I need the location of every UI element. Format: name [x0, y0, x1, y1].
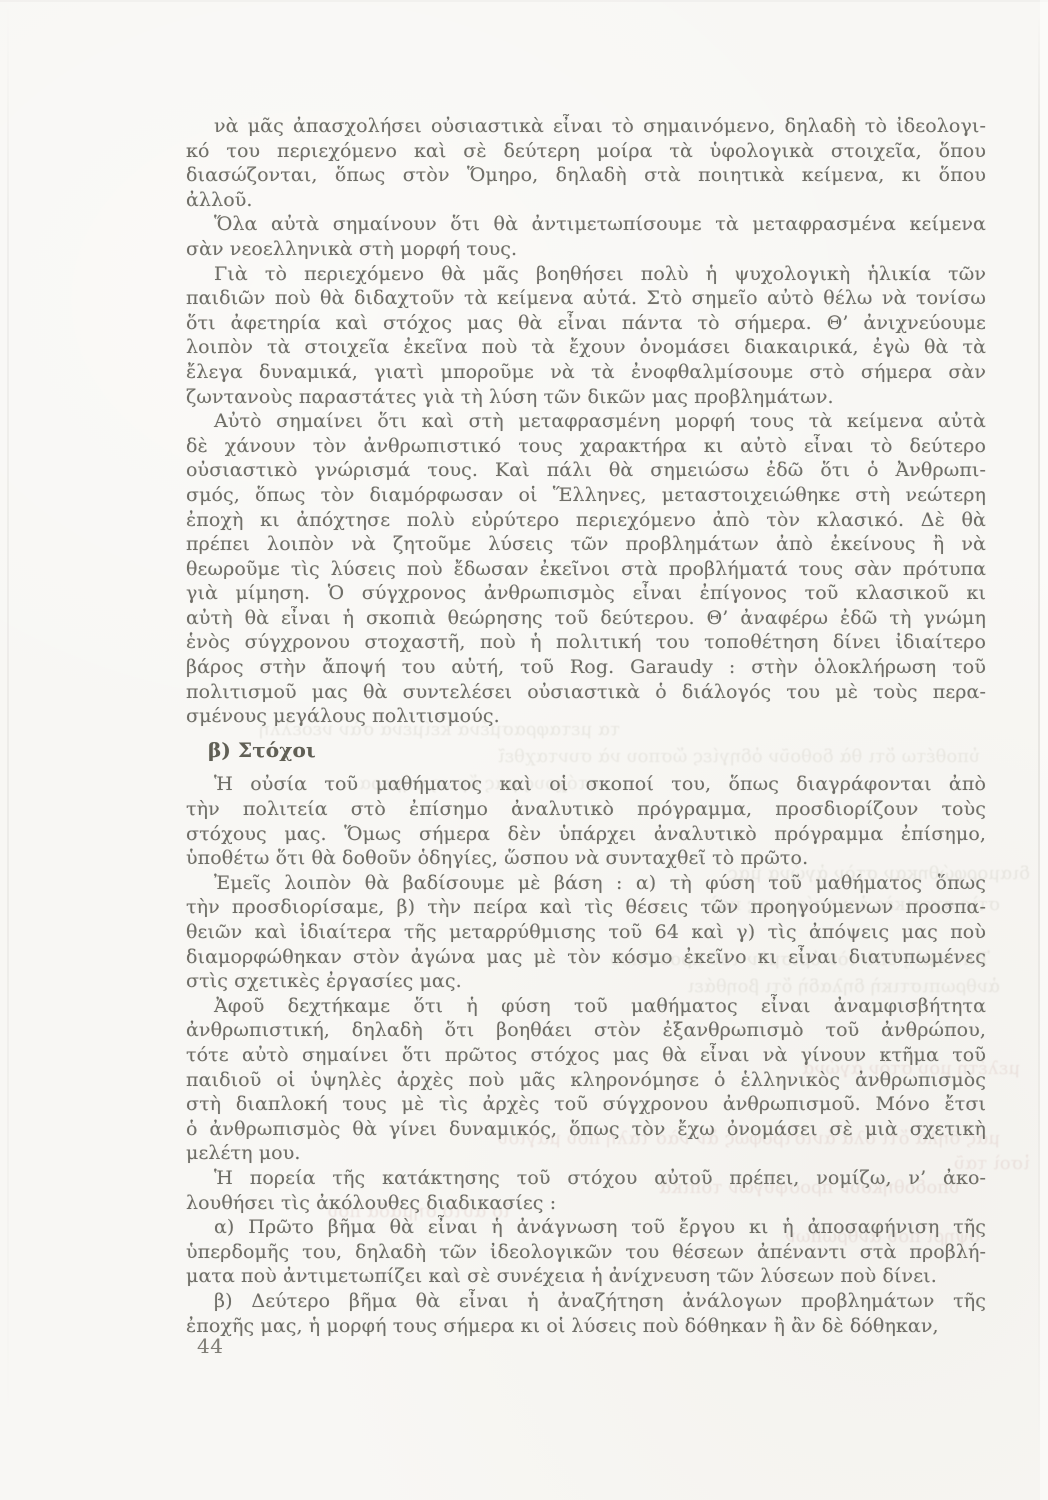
- text-line: ὑπερδομῆς του, δηλαδὴ τῶν ἰδεολογικῶν το…: [186, 1240, 986, 1265]
- text-line: ἐποχῆς μας, ἡ μορφή τους σήμερα κι οἱ λύ…: [186, 1314, 986, 1339]
- text-line: διαμορφώθηκαν στὸν ἀγώνα μας μὲ τὸν κόσμ…: [186, 945, 986, 970]
- text-line: ὑποθέτω ὅτι θὰ δοθοῦν ὁδηγίες, ὥσπου νὰ …: [186, 846, 986, 871]
- text-line: Ἀφοῦ δεχτήκαμε ὅτι ἡ φύση τοῦ μαθήματος …: [186, 994, 986, 1019]
- text-line: ἀλλοῦ.: [186, 188, 986, 213]
- text-line: σμένους μεγάλους πολιτισμούς.: [186, 704, 986, 729]
- text-line: τότε αὐτὸ σημαίνει ὅτι πρῶτος στόχος μας…: [186, 1043, 986, 1068]
- section-heading: β) Στόχοι: [208, 738, 986, 763]
- text-block: νὰ μᾶς ἀπασχολήσει οὐσιαστικὰ εἶναι τὸ σ…: [186, 114, 986, 1338]
- text-line: ὁ ἀνθρωπισμὸς θὰ γίνει δυναμικός, ὅπως τ…: [186, 1117, 986, 1142]
- text-line: πρέπει λοιπὸν νὰ ζητοῦμε λύσεις τῶν προβ…: [186, 532, 986, 557]
- paragraph: νὰ μᾶς ἀπασχολήσει οὐσιαστικὰ εἶναι τὸ σ…: [186, 114, 986, 212]
- text-line: τὴν πολιτεία στὸ ἐπίσημο ἀναλυτικὸ πρόγρ…: [186, 797, 986, 822]
- paragraph: Γιὰ τὸ περιεχόμενο θὰ μᾶς βοηθήσει πολὺ …: [186, 262, 986, 410]
- paragraph: Ὅλα αὐτὰ σημαίνουν ὅτι θὰ ἀντιμετωπίσουμ…: [186, 212, 986, 261]
- text-line: στὴ διαπλοκή τους μὲ τὶς ἀρχὲς τοῦ σύγχρ…: [186, 1092, 986, 1117]
- paragraph: β) Δεύτερο βῆμα θὰ εἶναι ἡ ἀναζήτηση ἀνά…: [186, 1289, 986, 1338]
- text-line: μελέτη μου.: [186, 1141, 986, 1166]
- text-line: ὅτι ἀφετηρία καὶ στόχος μας θὰ εἶναι πάν…: [186, 311, 986, 336]
- text-line: α) Πρῶτο βῆμα θὰ εἶναι ἡ ἀνάγνωση τοῦ ἔρ…: [186, 1215, 986, 1240]
- text-line: Αὐτὸ σημαίνει ὅτι καὶ στὴ μεταφρασμένη μ…: [186, 409, 986, 434]
- page-edge-line: [1038, 0, 1040, 1500]
- text-line: στὶς σχετικὲς ἐργασίες μας.: [186, 969, 986, 994]
- text-line: διασώζονται, ὅπως στὸν Ὅμηρο, δηλαδὴ στὰ…: [186, 163, 986, 188]
- text-line: Ἡ οὐσία τοῦ μαθήματος καὶ οἱ σκοποί του,…: [186, 772, 986, 797]
- scan-top-edge: [0, 0, 1048, 2]
- text-line: ἔλεγα δυναμικά, γιατὶ μποροῦμε νὰ τὰ ἐνο…: [186, 360, 986, 385]
- text-line: Ὅλα αὐτὰ σημαίνουν ὅτι θὰ ἀντιμετωπίσουμ…: [186, 212, 986, 237]
- text-line: β) Δεύτερο βῆμα θὰ εἶναι ἡ ἀναζήτηση ἀνά…: [186, 1289, 986, 1314]
- text-line: τὴν προσδιορίσαμε, β) τὴν πείρα καὶ τὶς …: [186, 895, 986, 920]
- text-line: θεωροῦμε τὶς λύσεις ποὺ ἔδωσαν ἐκεῖνοι σ…: [186, 557, 986, 582]
- text-line: στόχους μας. Ὅμως σήμερα δὲν ὑπάρχει ἀνα…: [186, 822, 986, 847]
- book-page: τα μεταφρασμένα κείμενα σὰν νεοελληνικὰ …: [0, 0, 1048, 1500]
- text-line: κό του περιεχόμενο καὶ σὲ δεύτερη μοίρα …: [186, 139, 986, 164]
- text-line: παιδιοῦ οἱ ὑψηλὲς ἀρχὲς ποὺ μᾶς κληρονόμ…: [186, 1068, 986, 1093]
- text-line: ἀνθρωπιστική, δηλαδὴ ὅτι βοηθάει στὸν ἐξ…: [186, 1018, 986, 1043]
- text-line: δὲ χάνουν τὸν ἀνθρωπιστικό τους χαρακτήρ…: [186, 434, 986, 459]
- text-line: Γιὰ τὸ περιεχόμενο θὰ μᾶς βοηθήσει πολὺ …: [186, 262, 986, 287]
- text-line: ἐποχὴ κι ἀπόχτησε πολὺ εὐρύτερο περιεχόμ…: [186, 508, 986, 533]
- text-line: σὰν νεοελληνικὰ στὴ μορφή τους.: [186, 237, 986, 262]
- text-line: λοιπὸν τὰ στοιχεῖα ἐκεῖνα ποὺ τὰ ἔχουν ὀ…: [186, 335, 986, 360]
- text-line: Ἐμεῖς λοιπὸν θὰ βαδίσουμε μὲ βάση : α) τ…: [186, 871, 986, 896]
- paragraph: Ἡ οὐσία τοῦ μαθήματος καὶ οἱ σκοποί του,…: [186, 772, 986, 870]
- text-line: νὰ μᾶς ἀπασχολήσει οὐσιαστικὰ εἶναι τὸ σ…: [186, 114, 986, 139]
- text-line: σμός, ὅπως τὸν διαμόρφωσαν οἱ Ἕλληνες, μ…: [186, 483, 986, 508]
- text-line: λουθήσει τὶς ἀκόλουθες διαδικασίες :: [186, 1191, 986, 1216]
- text-line: ζωντανοὺς παραστάτες γιὰ τὴ λύση τῶν δικ…: [186, 385, 986, 410]
- text-line: αὐτὴ θὰ εἶναι ἡ σκοπιὰ θεώρησης τοῦ δεύτ…: [186, 606, 986, 631]
- text-line: βάρος στὴν ἄποψή του αὐτή, τοῦ Rog. Gara…: [186, 655, 986, 680]
- paragraph: Ἡ πορεία τῆς κατάκτησης τοῦ στόχου αὐτοῦ…: [186, 1166, 986, 1215]
- scan-right-margin: [1040, 0, 1048, 1500]
- text-line: παιδιῶν ποὺ θὰ διδαχτοῦν τὰ κείμενα αὐτά…: [186, 286, 986, 311]
- paragraph: Ἐμεῖς λοιπὸν θὰ βαδίσουμε μὲ βάση : α) τ…: [186, 871, 986, 994]
- scan-left-edge-line: [7, 0, 9, 1500]
- text-line: ματα ποὺ ἀντιμετωπίζει καὶ σὲ συνέχεια ἡ…: [186, 1264, 986, 1289]
- page-number: 44: [197, 1334, 223, 1358]
- paragraph: α) Πρῶτο βῆμα θὰ εἶναι ἡ ἀνάγνωση τοῦ ἔρ…: [186, 1215, 986, 1289]
- text-line: ἑνὸς σύγχρονου στοχαστῆ, ποὺ ἡ πολιτική …: [186, 630, 986, 655]
- text-line: γιὰ μίμηση. Ὁ σύγχρονος ἀνθρωπισμὸς εἶνα…: [186, 581, 986, 606]
- paragraph: Ἀφοῦ δεχτήκαμε ὅτι ἡ φύση τοῦ μαθήματος …: [186, 994, 986, 1166]
- text-line: οὐσιαστικὸ γνώρισμά τους. Καὶ πάλι θὰ ση…: [186, 458, 986, 483]
- paragraph: Αὐτὸ σημαίνει ὅτι καὶ στὴ μεταφρασμένη μ…: [186, 409, 986, 729]
- text-line: πολιτισμοῦ μας θὰ συντελέσει οὐσιαστικὰ …: [186, 680, 986, 705]
- text-line: Ἡ πορεία τῆς κατάκτησης τοῦ στόχου αὐτοῦ…: [186, 1166, 986, 1191]
- text-line: θειῶν καὶ ἰδιαίτερα τῆς μεταρρύθμισης το…: [186, 920, 986, 945]
